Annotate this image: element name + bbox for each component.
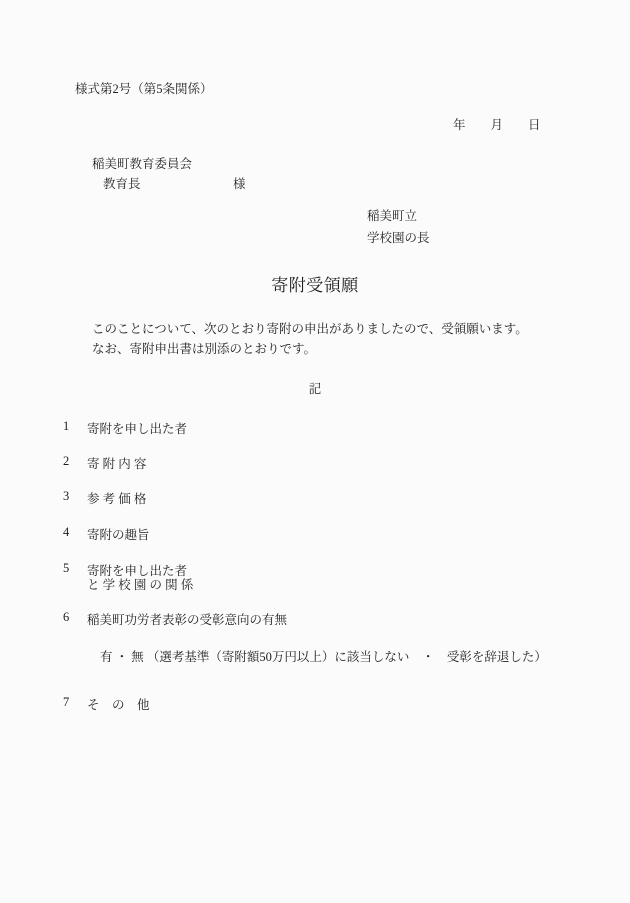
body-line-2: なお、寄附申出書は別添のとおりです。 xyxy=(92,342,316,356)
item-number: 5 xyxy=(63,561,69,576)
date-line: 年 月 日 xyxy=(453,118,541,132)
award-choice-line: 有 ・ 無 （選考基準（寄附額50万円以上）に該当しない ・ 受彰を辞退した） xyxy=(100,650,547,664)
item-label: 寄附の趣旨 xyxy=(87,525,150,543)
item-row-6: 6 稲美町功労者表彰の受彰意向の有無 xyxy=(0,610,630,628)
item-row-2: 2 寄 附 内 容 xyxy=(0,454,630,472)
item-label-continuation: と 学 校 園 の 関 係 xyxy=(87,578,193,592)
item-label: 寄 附 内 容 xyxy=(87,454,146,472)
sender-role: 学校園の長 xyxy=(367,231,430,245)
record-marker: 記 xyxy=(0,379,630,397)
item-label: 寄附を申し出た者 xyxy=(87,561,187,579)
sender-affiliation: 稲美町立 xyxy=(367,209,417,223)
item-label: 稲美町功労者表彰の受彰意向の有無 xyxy=(87,610,287,628)
item-number: 1 xyxy=(63,419,69,434)
item-row-5: 5 寄附を申し出た者 xyxy=(0,561,630,579)
item-number: 6 xyxy=(63,610,69,625)
item-label: そ の 他 xyxy=(87,695,150,713)
item-label: 寄附を申し出た者 xyxy=(87,419,187,437)
item-label: 参 考 価 格 xyxy=(87,489,146,507)
item-number: 3 xyxy=(63,489,69,504)
document-title: 寄附受領願 xyxy=(0,271,630,296)
item-number: 7 xyxy=(63,695,69,710)
addressee-role: 教育長 xyxy=(103,177,141,191)
form-number: 様式第2号（第5条関係） xyxy=(75,82,213,96)
body-line-1: このことについて、次のとおり寄附の申出がありましたので、受領願います。 xyxy=(92,322,528,336)
addressee-organization: 稲美町教育委員会 xyxy=(92,157,192,171)
item-row-3: 3 参 考 価 格 xyxy=(0,489,630,507)
item-row-4: 4 寄附の趣旨 xyxy=(0,525,630,543)
item-number: 4 xyxy=(63,525,69,540)
donation-receipt-form-page: 様式第2号（第5条関係） 年 月 日 稲美町教育委員会 教育長 様 稲美町立 学… xyxy=(0,0,630,903)
item-row-7: 7 そ の 他 xyxy=(0,695,630,713)
item-number: 2 xyxy=(63,454,69,469)
addressee-honorific: 様 xyxy=(233,177,246,191)
item-row-1: 1 寄附を申し出た者 xyxy=(0,419,630,437)
